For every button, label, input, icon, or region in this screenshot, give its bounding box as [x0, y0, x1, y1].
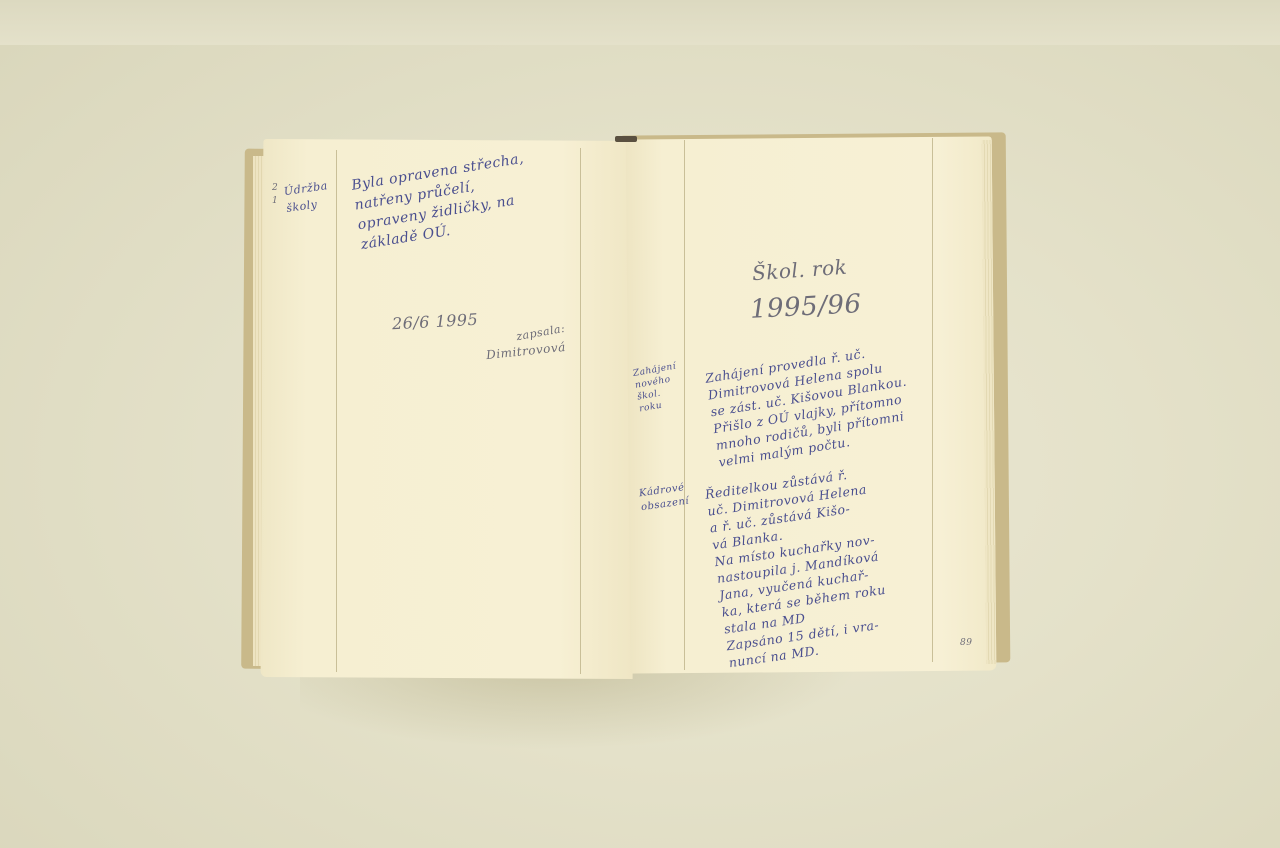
section2-body: Ředitelkou zůstává ř. uč. Dimitrovová He… [704, 453, 968, 672]
right-page-margin-rule [684, 140, 685, 670]
left-margin-numbers: 2 1 [272, 182, 278, 208]
background-top-band [0, 0, 1280, 45]
school-year: 1995/96 [749, 289, 862, 325]
section1-margin: Zahájení nového škol. roku [632, 361, 683, 416]
ribbon-bookmark [615, 136, 637, 142]
left-page-right-rule [580, 148, 581, 674]
page-number: 89 [960, 638, 972, 648]
left-page-margin-rule [336, 150, 337, 672]
left-margin-note: Údržba školy [283, 177, 331, 217]
